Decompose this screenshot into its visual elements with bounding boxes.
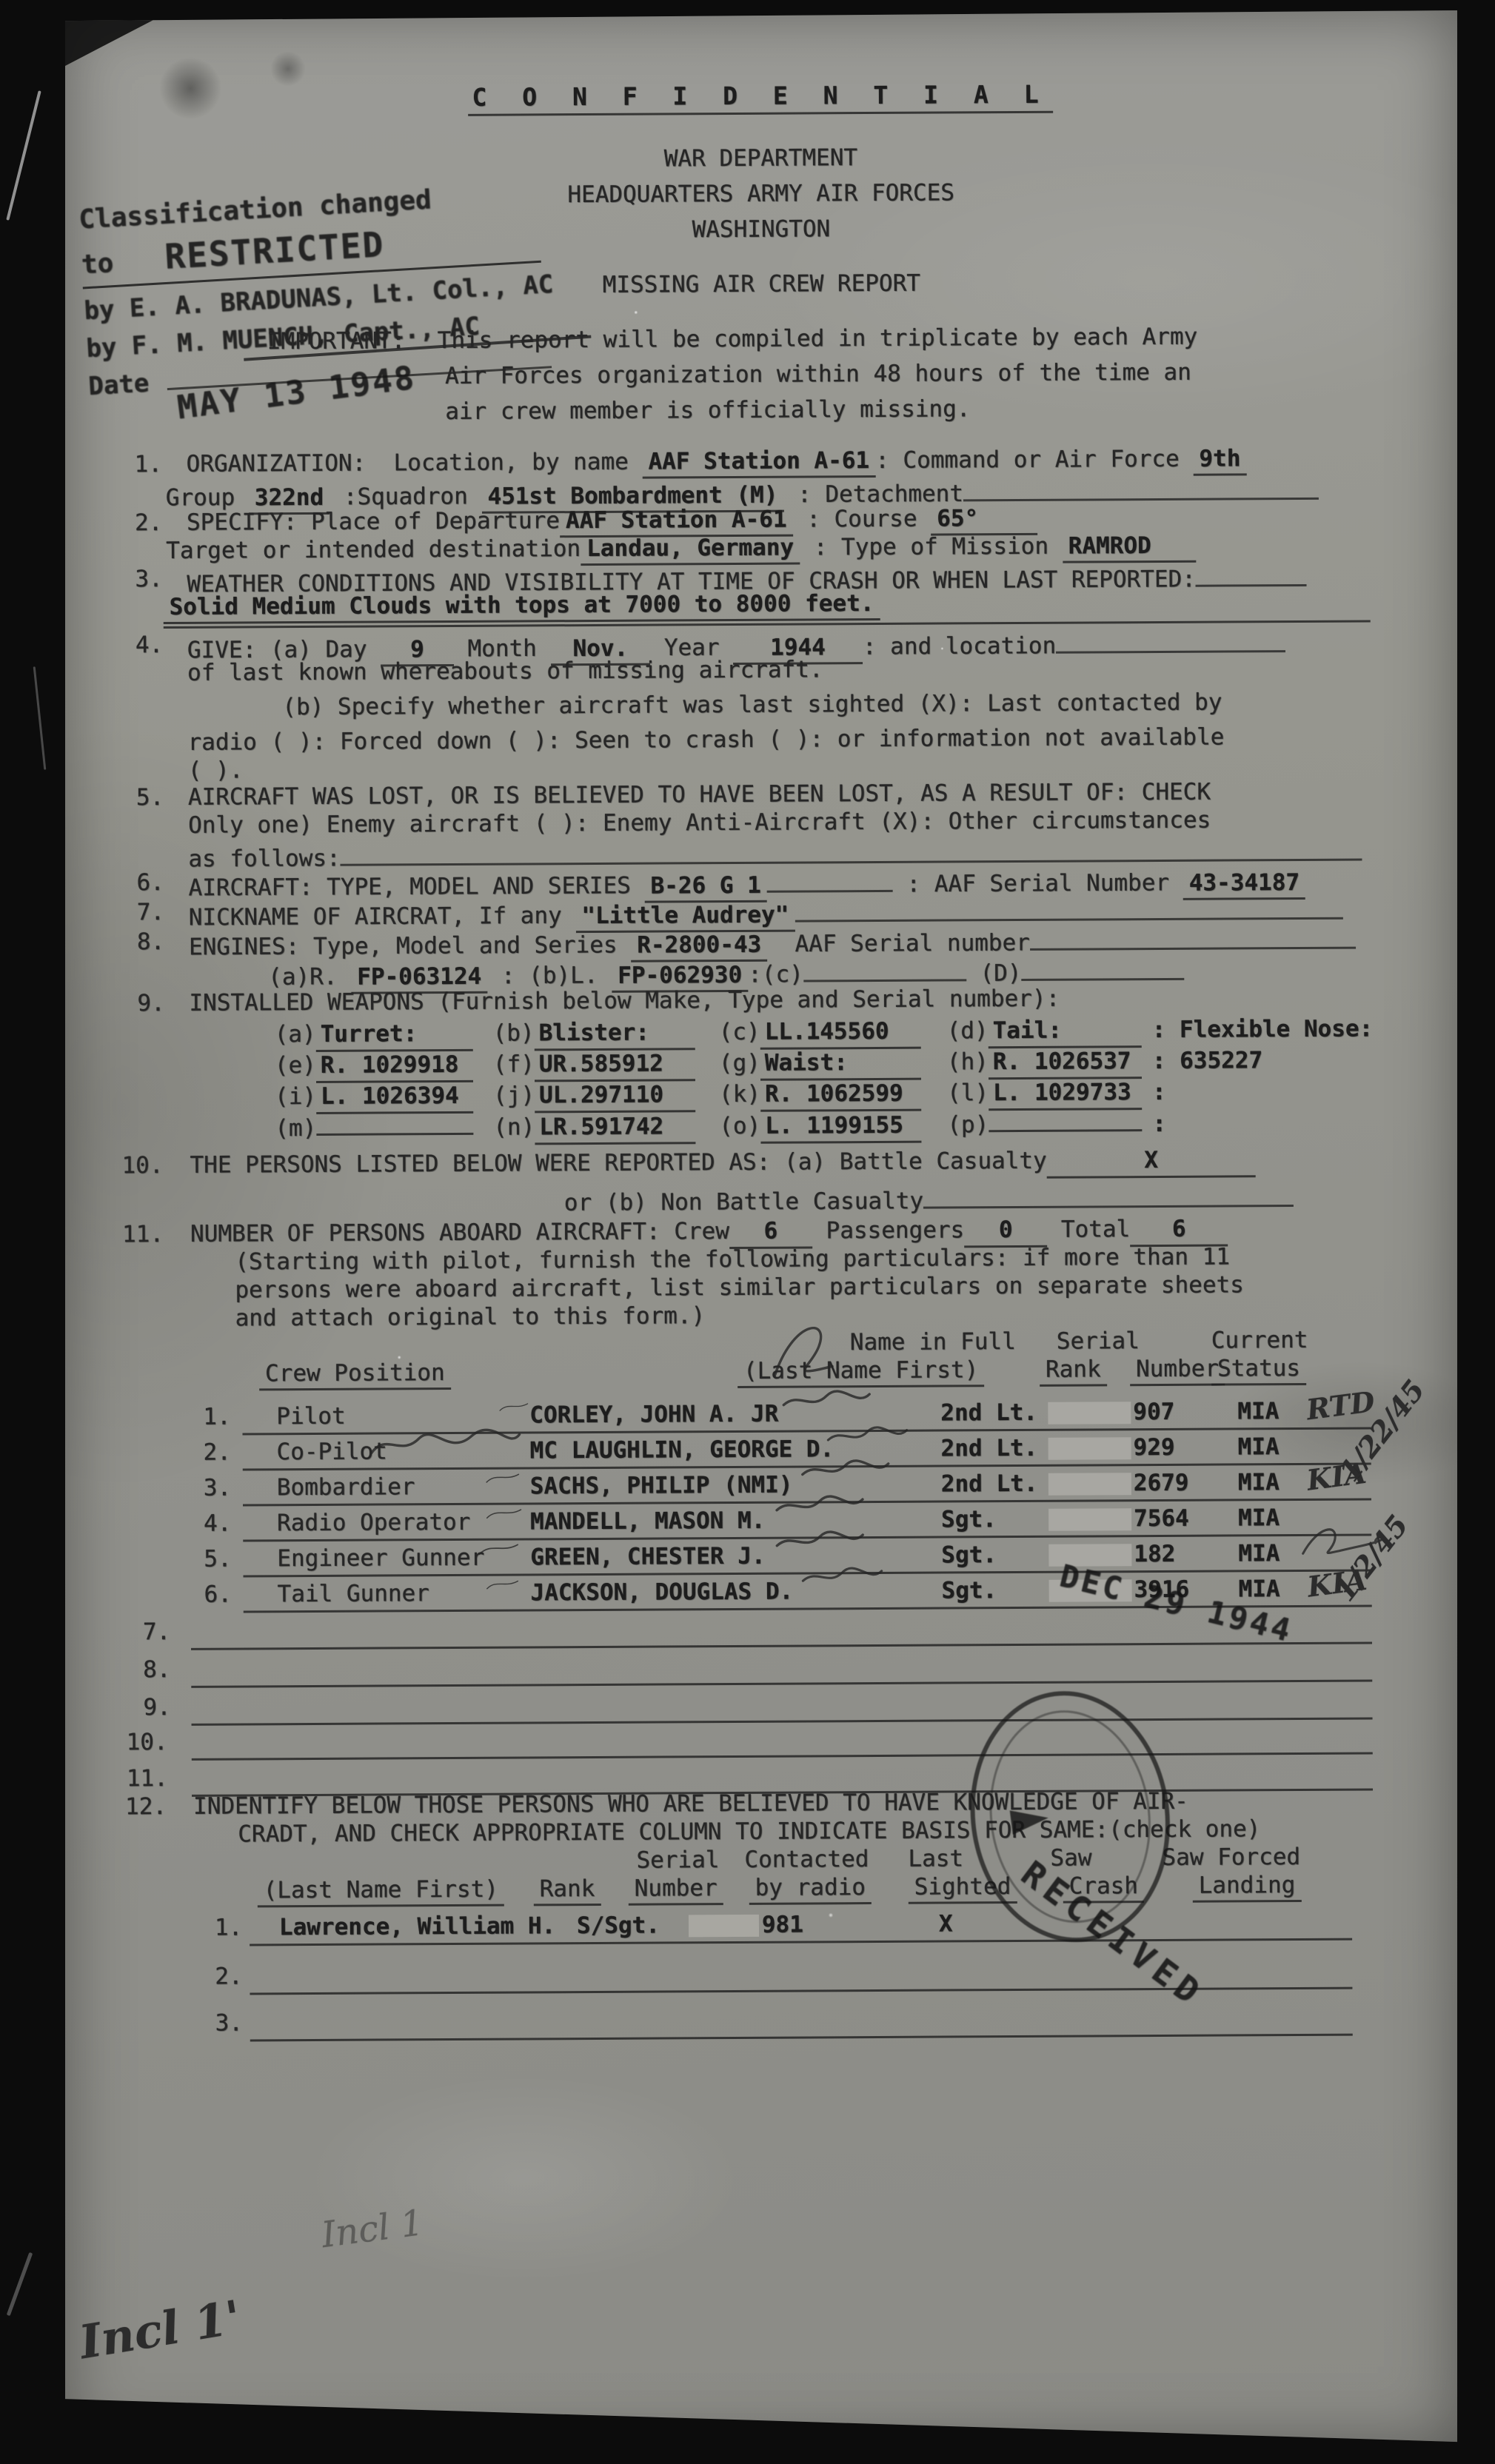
serial-redaction: [1048, 1508, 1131, 1531]
weapon-paren: (k): [719, 1081, 760, 1108]
weapon-paren: (l): [947, 1079, 989, 1106]
crew-row-status: MIA: [1238, 1540, 1280, 1567]
weapon-paren: (p): [947, 1111, 989, 1138]
film-scratch: [6, 90, 41, 221]
classification-header: C O N F I D E N T I A L: [64, 78, 1456, 118]
handwritten-mark: [484, 1466, 522, 1491]
item1-group-label: Group: [166, 484, 235, 511]
blank-row-rule: [191, 1641, 1372, 1650]
witness-header-radio2: by radio: [749, 1874, 872, 1902]
item3-number: 3.: [135, 566, 163, 593]
witness-row-rank: S/Sgt.: [577, 1912, 660, 1941]
item11-total-label: Total: [1061, 1216, 1131, 1242]
weapon-tail: :: [1152, 1079, 1166, 1106]
item1-text1: Location, by name: [393, 449, 628, 477]
blank-row-rule: [191, 1679, 1372, 1687]
item2-line2: Target or intended destinationLandau, Ge…: [166, 532, 1196, 565]
crew-row-position: Pilot: [276, 1403, 346, 1431]
crew-row-status: MIA: [1239, 1576, 1280, 1603]
item11-paren1: (Starting with pilot, furnish the follow…: [235, 1243, 1230, 1276]
typed-content: C O N F I D E N T I A L WAR DEPARTMENT H…: [64, 7, 1468, 2450]
item10-line1: THE PERSONS LISTED BELOW WERE REPORTED A…: [190, 1146, 1255, 1183]
crew-row-rank: 2nd Lt.: [941, 1435, 1038, 1463]
blank-row-number: 7.: [143, 1618, 171, 1646]
crew-row-rank: 2nd Lt.: [940, 1399, 1037, 1427]
item4-location-blank: [1056, 626, 1285, 653]
crew-header-serial1: Serial: [1057, 1328, 1140, 1356]
crew-header-rank: Rank: [1040, 1356, 1107, 1384]
handwritten-mark: [782, 1388, 871, 1416]
witness-header-radio1: Contacted: [744, 1846, 869, 1874]
crew-header-rank-text: Rank: [1040, 1356, 1107, 1386]
handwritten-mark: [475, 1537, 521, 1562]
item4-number: 4.: [136, 632, 164, 659]
item2-departure-value: AAF Station A-61: [560, 506, 793, 538]
serial-redaction: [689, 1915, 759, 1937]
handwritten-mark: [826, 1424, 908, 1451]
item10-number: 10.: [121, 1152, 163, 1179]
serial-redaction: [1048, 1473, 1131, 1496]
macr-form-page: C O N F I D E N T I A L WAR DEPARTMENT H…: [65, 10, 1457, 2446]
crew-row-serial: 7564: [1134, 1505, 1189, 1533]
item2-label: SPECIFY:: [187, 509, 297, 536]
item6-blank: [767, 866, 893, 892]
item7-number: 7.: [137, 899, 165, 926]
item3-weather-value: Solid Medium Clouds with tops at 7000 to…: [164, 590, 880, 624]
weapon-paren: (m): [275, 1115, 316, 1142]
witness-row-serial: 981: [762, 1912, 803, 1939]
witness-header-sighted1: Last: [908, 1845, 963, 1873]
crew-row-serial: 907: [1133, 1399, 1174, 1426]
weapon-paren: (h): [947, 1048, 989, 1075]
item1-label: ORGANIZATION:: [187, 450, 367, 478]
weapon-cell: (d)Tail:: [947, 1017, 1142, 1049]
item2-course-label: : Course: [806, 506, 917, 533]
item11-passengers-value: 0: [964, 1216, 1047, 1248]
crew-row-rank: Sgt.: [942, 1577, 997, 1605]
crew-row-position: Radio Operator: [277, 1509, 470, 1538]
weapon-cell: (p): [947, 1111, 1142, 1139]
weapon-cell: (g)Waist:: [719, 1049, 921, 1082]
serial-redaction: [1048, 1402, 1131, 1424]
weapon-cell: (a)Turret:: [275, 1020, 473, 1053]
item10-battle-value: X: [1047, 1146, 1256, 1179]
film-scratch: [33, 666, 47, 770]
item8-right-label: (a)R.: [268, 963, 338, 990]
stamp-restricted: RESTRICTED: [164, 224, 386, 277]
weapon-value: UL.297110: [535, 1081, 695, 1113]
film-scratch: [7, 2252, 33, 2316]
witness-header-rank: Rank: [534, 1875, 601, 1904]
item8-c-blank: [803, 954, 966, 982]
weapon-tail: : 635227: [1152, 1047, 1263, 1075]
item1-squadron-label: :Squadron: [344, 483, 468, 510]
crew-row-serial: 182: [1134, 1541, 1175, 1568]
witness-header-rank-text: Rank: [534, 1875, 601, 1906]
item8-serial-label: AAF Serial number: [795, 929, 1030, 957]
weapon-cell: (o)L. 1199155: [719, 1112, 921, 1145]
handwritten-incl: Incl 1': [76, 2290, 244, 2371]
weapon-paren: (d): [947, 1017, 989, 1044]
crew-header-serial2-text: Number: [1130, 1356, 1225, 1387]
item1-text2: : Command or Air Force: [875, 446, 1180, 474]
handwritten-mark: [801, 1458, 890, 1485]
crew-row-name: SACHS, PHILIP (NMI): [530, 1472, 793, 1501]
item1-station-value: AAF Station A-61: [642, 447, 875, 479]
witness-header-landing2-text: Landing: [1193, 1872, 1302, 1903]
serial-redaction: [1048, 1437, 1131, 1460]
blank-row-rule: [192, 1717, 1373, 1725]
crew-header-name1: Name in Full: [850, 1328, 1016, 1356]
crew-header-position-text: Crew Position: [259, 1359, 451, 1390]
weapon-cell: (k)R. 1062599: [719, 1080, 921, 1113]
witness-row-number: 2.: [215, 1963, 243, 1990]
weapon-value: Turret:: [316, 1020, 473, 1052]
crew-row-serial: 929: [1134, 1434, 1175, 1462]
crew-row-number: 5.: [204, 1546, 232, 1573]
crew-row-name: JACKSON, DOUGLAS D.: [531, 1578, 794, 1607]
blank-row-number: 8.: [143, 1656, 171, 1684]
important-line3: air crew member is officially missing.: [445, 395, 970, 426]
item1-number: 1.: [135, 451, 163, 478]
witness-row-sighted: X: [939, 1910, 953, 1938]
weapon-value: LL.145560: [760, 1018, 921, 1050]
crew-header-serial2: Number: [1130, 1356, 1225, 1384]
handwritten-incl: Incl 1: [319, 2202, 426, 2257]
weapon-value: Tail:: [989, 1017, 1142, 1048]
weapon-paren: (g): [719, 1050, 760, 1077]
item1-airforce-value: 9th: [1193, 445, 1246, 475]
crew-header-status2-text: Status: [1211, 1355, 1306, 1386]
witness-header-name: (Last Name First): [258, 1876, 504, 1905]
weapon-value: L. 1029733: [989, 1079, 1142, 1111]
weapon-cell: (n)LR.591742: [493, 1113, 695, 1145]
crew-row-status: MIA: [1237, 1398, 1279, 1425]
item11-passengers-label: Passengers: [826, 1216, 965, 1244]
item11-paren2: persons were aboard aircraft, list simil…: [235, 1271, 1244, 1304]
item3-answer: Solid Medium Clouds with tops at 7000 to…: [164, 590, 880, 621]
weapon-paren: (j): [493, 1082, 535, 1108]
weapon-value: R. 1026537: [989, 1048, 1142, 1079]
weapon-cell: (c)LL.145560: [719, 1018, 921, 1051]
handwritten-mark: [760, 1313, 849, 1384]
important-line2: Air Forces organization within 48 hours …: [445, 359, 1191, 390]
item5-blank: [341, 834, 1362, 866]
item9-number: 9.: [137, 990, 165, 1017]
crew-row-status: MIA: [1238, 1504, 1280, 1532]
item6-number: 6.: [136, 869, 164, 897]
crew-row-position: Engineer Gunner: [277, 1544, 484, 1573]
blank-row-number: 11.: [127, 1765, 168, 1792]
item4-line5: ( ).: [188, 757, 244, 785]
item10-label: THE PERSONS LISTED BELOW WERE REPORTED A…: [190, 1148, 1046, 1179]
item8-c-label: :(c): [748, 961, 803, 988]
weapon-cell: (i)L. 1026394: [275, 1082, 473, 1115]
weapon-paren: (b): [493, 1020, 535, 1046]
item3-blank: [1196, 560, 1307, 586]
weapon-cell: (h)R. 1026537: [947, 1048, 1142, 1080]
witness-header-radio2-text: by radio: [749, 1874, 872, 1905]
item11-label: NUMBER OF PERSONS ABOARD AIRCRAFT: Crew: [190, 1218, 729, 1248]
crew-row-position: Tail Gunner: [278, 1580, 430, 1608]
crew-row-number: 6.: [204, 1581, 233, 1609]
handwritten-mark: [484, 1501, 524, 1526]
item5-line1: AIRCRAFT WAS LOST, OR IS BELIEVED TO HAV…: [188, 779, 1211, 811]
witness-header-name-text: (Last Name First): [258, 1876, 504, 1908]
item8-serial-blank: [1030, 923, 1356, 951]
classification-text: C O N F I D E N T I A L: [467, 80, 1053, 116]
item2-mission-value: RAMROD: [1063, 532, 1196, 563]
item1-detachment-label: : Detachment: [797, 481, 963, 508]
item12-number: 12.: [125, 1793, 167, 1821]
witness-row-number: 1.: [215, 1914, 243, 1941]
handwritten-mark: [801, 1564, 883, 1592]
weapon-cell: (f)UR.585912: [493, 1050, 695, 1082]
crew-row-number: 4.: [204, 1510, 232, 1538]
witness-row-rule: [250, 2034, 1353, 2042]
weapon-value: L. 1199155: [760, 1112, 921, 1144]
item4-line2: of last known whereabouts of missing air…: [187, 656, 823, 687]
item2-course-value: 65°: [931, 505, 1037, 536]
item11-crew-value: 6: [729, 1217, 812, 1249]
handwritten-status: RTD: [1305, 1385, 1377, 1427]
item2-line1: SPECIFY: Place of DepartureAAF Station A…: [187, 505, 1037, 537]
item8-left-label: : (b)L.: [501, 962, 598, 990]
handwritten-mark: [367, 1427, 523, 1460]
arrow-icon: ►: [1007, 1786, 1051, 1847]
item9-label: INSTALLED WEAPONS (Furnish below Make, T…: [189, 985, 1060, 1017]
weapon-value: R. 1029918: [316, 1051, 473, 1083]
stamp-to-label: to: [81, 248, 115, 280]
item11-total-value: 6: [1130, 1216, 1228, 1248]
crew-row-status: MIA: [1238, 1433, 1280, 1461]
item1-line1: ORGANIZATION: Location, by name AAF Stat…: [187, 445, 1247, 478]
item5-line2: Only one) Enemy aircraft ( ): Enemy Anti…: [188, 807, 1211, 840]
important-label: IMPORTANT:: [267, 327, 406, 355]
crew-row-serial: 2679: [1134, 1470, 1189, 1498]
item4-line3: (b) Specify whether aircraft was last si…: [282, 689, 1222, 722]
item11-number: 11.: [122, 1221, 164, 1248]
item2-text1: Place of Departure: [311, 507, 560, 535]
crew-row-rank: 2nd Lt.: [941, 1470, 1038, 1499]
witness-header-landing1: Saw Forced: [1162, 1844, 1300, 1872]
crew-row-position: Bombardier: [277, 1473, 415, 1501]
weapon-tail: :: [1152, 1111, 1166, 1138]
witness-header-serial2: Number: [629, 1875, 723, 1903]
weapon-paren: (c): [719, 1019, 760, 1045]
crew-row-name: MANDELL, MASON M.: [530, 1507, 765, 1536]
crew-row-number: 1.: [203, 1404, 231, 1431]
weapon-paren: (a): [275, 1021, 316, 1048]
witness-row-name: Lawrence, William H.: [279, 1912, 555, 1941]
crew-row-status: MIA: [1238, 1469, 1280, 1496]
witness-row-number: 3.: [215, 2009, 244, 2037]
item1-detachment-blank: [963, 473, 1319, 501]
weapon-cell: (b)Blister:: [493, 1019, 695, 1051]
blank-row-number: 9.: [143, 1694, 171, 1721]
handwritten-mark: [775, 1493, 864, 1521]
item8-d-label: (D): [980, 960, 1021, 987]
witness-header-serial1: Serial: [636, 1847, 719, 1875]
crew-row-name: CORLEY, JOHN A. JR: [529, 1401, 778, 1430]
item5-number: 5.: [136, 784, 164, 811]
important-line1: This report will be compiled in triplica…: [438, 324, 1198, 355]
scanned-macr-document: C O N F I D E N T I A L WAR DEPARTMENT H…: [0, 0, 1495, 2464]
weapon-value: Blister:: [535, 1019, 695, 1051]
crew-row-rank: Sgt.: [941, 1506, 997, 1534]
weapon-paren: (f): [493, 1051, 535, 1077]
weapon-paren: (e): [275, 1052, 316, 1079]
item2-mission-label: : Type of Mission: [814, 533, 1048, 561]
crew-row-number: 2.: [204, 1439, 232, 1467]
weapon-cell: (m): [275, 1114, 473, 1143]
handwritten-mark: [497, 1394, 530, 1419]
crew-row-number: 3.: [204, 1475, 232, 1502]
weapon-tail: : Flexible Nose:: [1152, 1015, 1374, 1044]
item10-nonbattle-label: or (b) Non Battle Casualty: [564, 1188, 923, 1216]
dept-line: WAR DEPARTMENT: [64, 141, 1456, 176]
stamp-date-label: Date: [87, 369, 150, 402]
blank-row-number: 10.: [127, 1729, 168, 1756]
crew-header-position: Crew Position: [259, 1359, 451, 1388]
item10-line2: or (b) Non Battle Casualty: [564, 1180, 1294, 1217]
blank-row-rule: [192, 1752, 1373, 1760]
handwritten-mark: [484, 1573, 521, 1598]
weapon-value: R. 1062599: [760, 1080, 921, 1112]
weapon-paren: (o): [719, 1113, 760, 1139]
crew-header-status1: Current: [1211, 1327, 1308, 1355]
crew-row-rank: Sgt.: [941, 1541, 997, 1570]
weapon-value: UR.585912: [535, 1050, 695, 1082]
item2-target-value: Landau, Germany: [581, 535, 800, 566]
crew-row-name: MC LAUGHLIN, GEORGE D.: [530, 1436, 835, 1464]
weapon-cell: (e)R. 1029918: [275, 1051, 473, 1084]
weapon-cell: (j)UL.297110: [493, 1081, 695, 1114]
weapon-value: L. 1026394: [316, 1082, 473, 1114]
witness-header-serial2-text: Number: [629, 1875, 723, 1906]
witness-header-landing2: Landing: [1193, 1872, 1302, 1900]
weapon-value: [989, 1128, 1142, 1132]
weapon-value: LR.591742: [535, 1113, 695, 1145]
item2-target-label: Target or intended destination: [166, 535, 581, 564]
item11-paren3: and attach original to this form.): [235, 1302, 706, 1333]
weapon-value: [316, 1131, 473, 1136]
item10-nonbattle-blank: [923, 1180, 1294, 1208]
crew-header-status2: Status: [1211, 1355, 1306, 1383]
item8-d-blank: [1021, 954, 1184, 981]
weapon-cell: (l)L. 1029733: [947, 1079, 1142, 1111]
item2-number: 2.: [135, 509, 163, 537]
item4-line4: radio ( ): Forced down ( ): Seen to cras…: [188, 724, 1225, 757]
crew-row-name: GREEN, CHESTER J.: [530, 1543, 765, 1572]
item7-blank: [795, 893, 1342, 922]
weapon-paren: (i): [275, 1083, 316, 1110]
handwritten-mark: [775, 1529, 864, 1556]
weapon-paren: (n): [493, 1114, 535, 1140]
item4-location-label: : and location: [863, 632, 1056, 660]
item8-number: 8.: [137, 928, 165, 956]
weapon-value: Waist:: [760, 1049, 921, 1081]
